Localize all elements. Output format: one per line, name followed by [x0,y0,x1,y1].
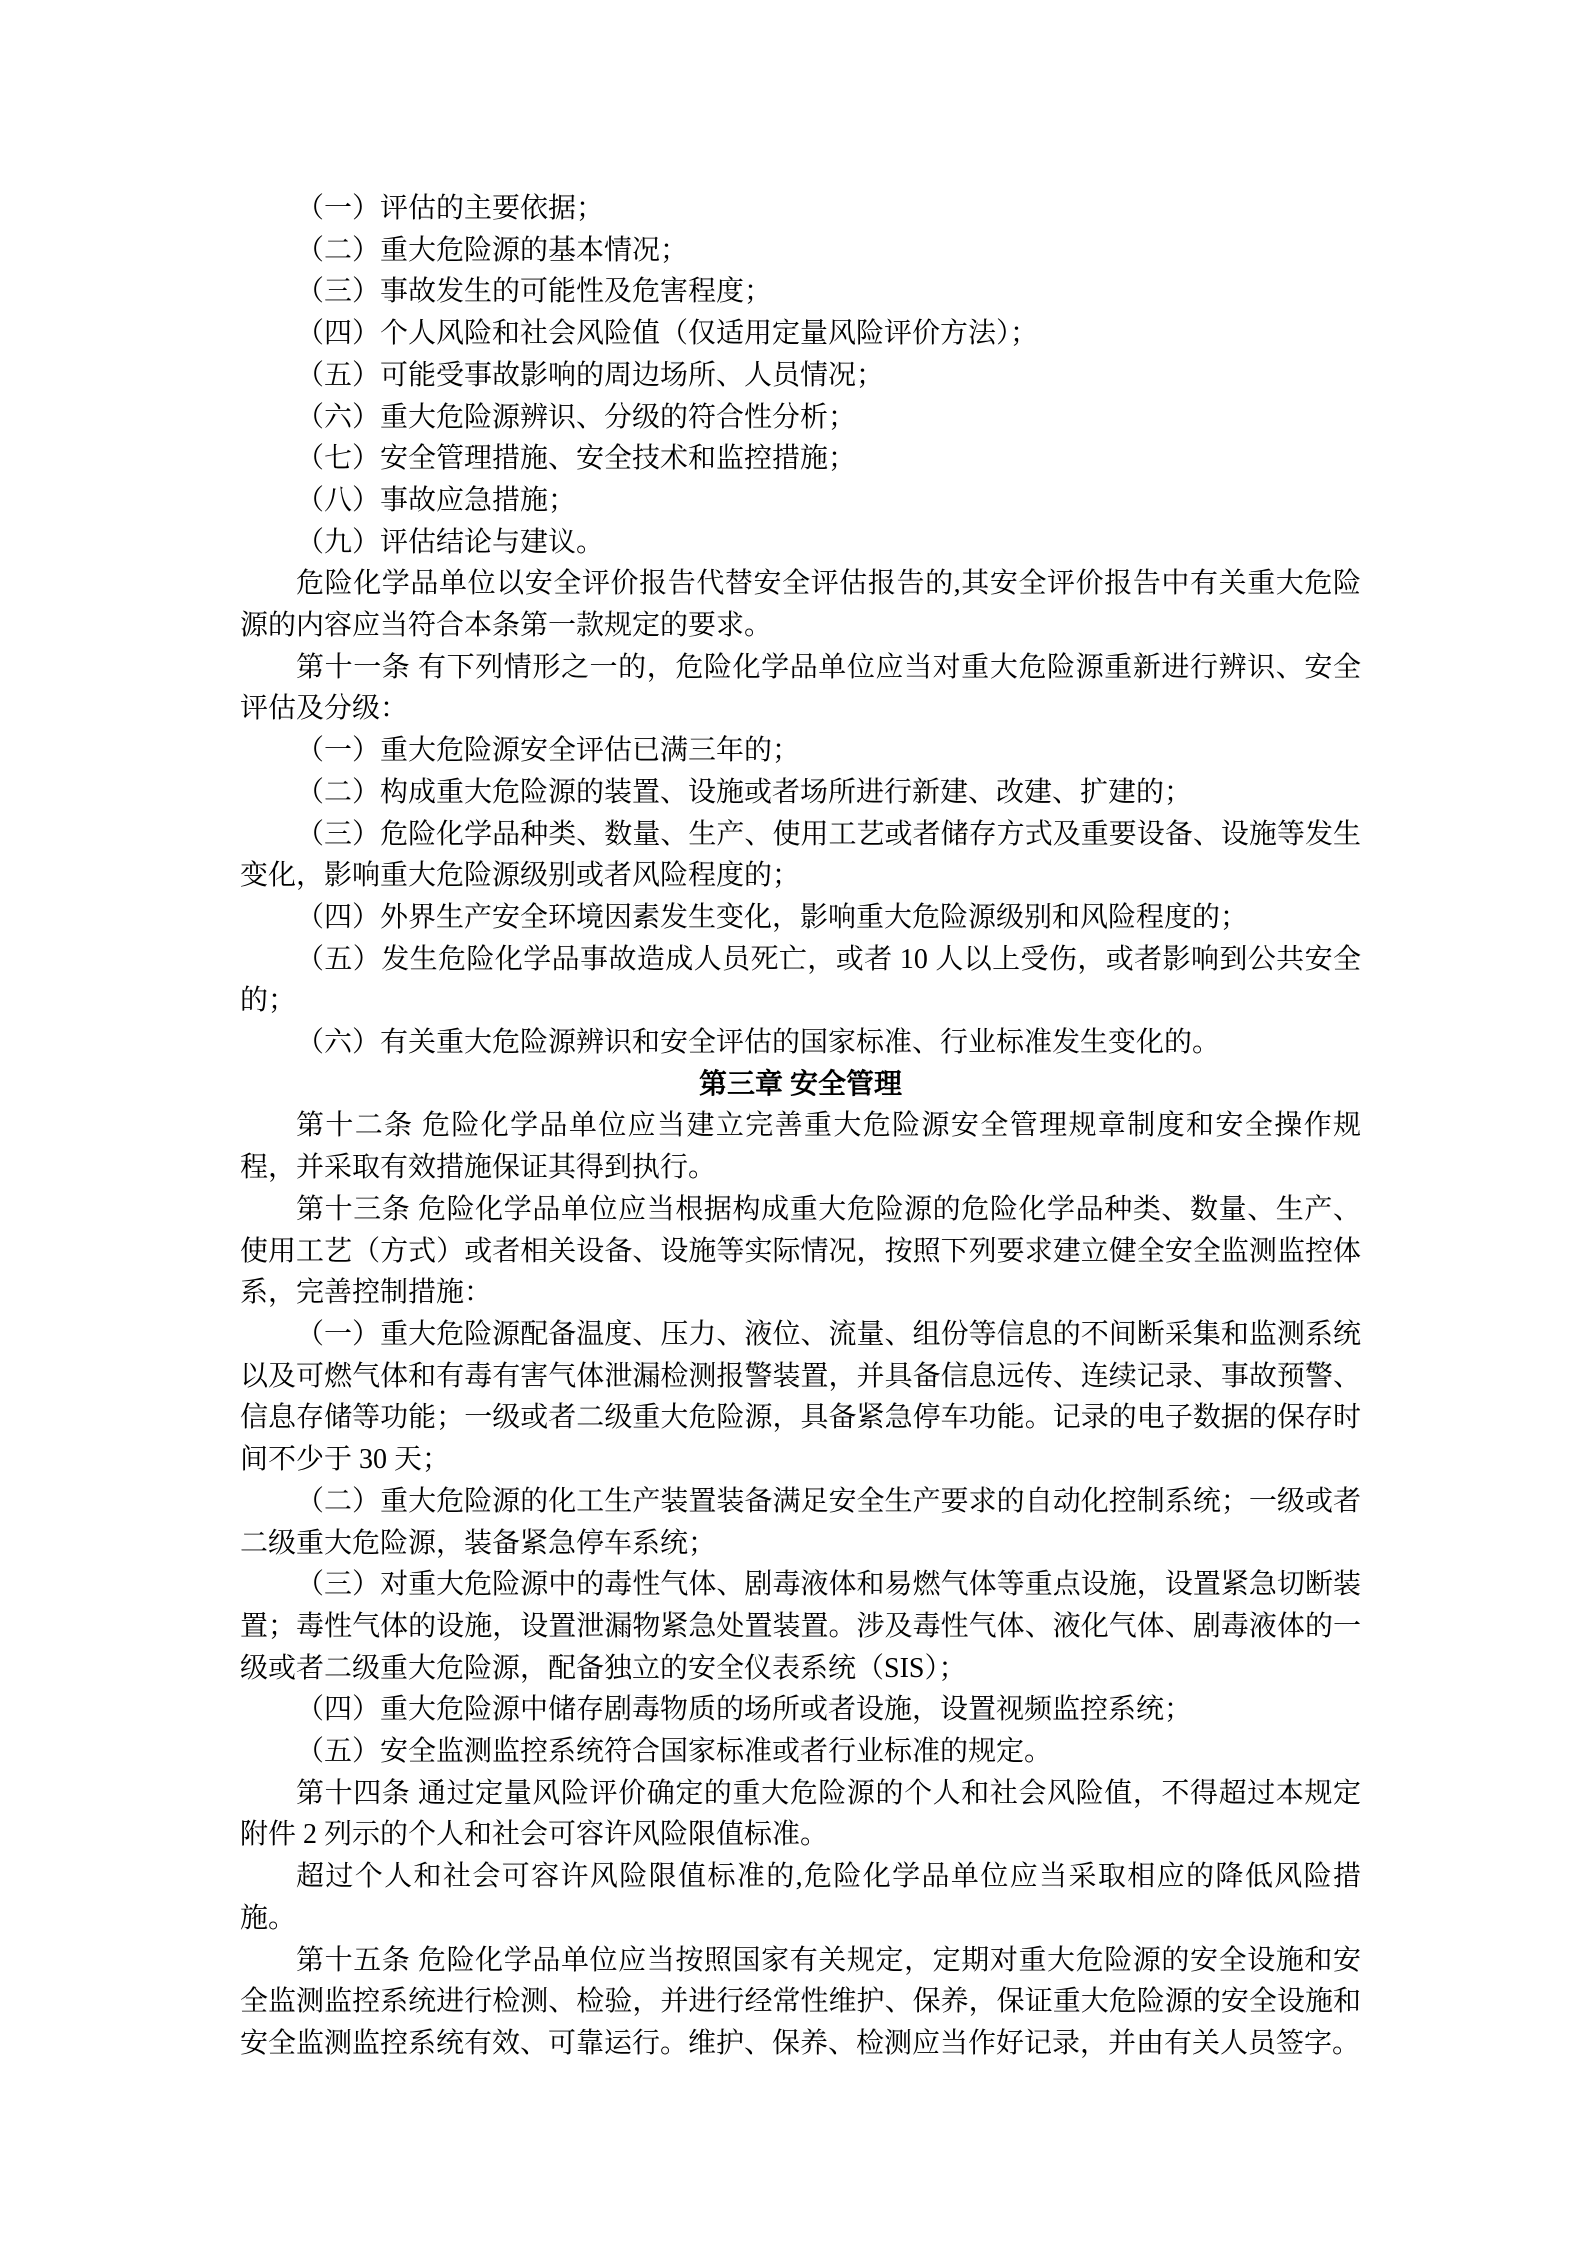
list-item: （五）可能受事故影响的周边场所、人员情况； [240,355,1361,397]
list-item: （一）重大危险源配备温度、压力、液位、流量、组份等信息的不间断采集和监测系统以及… [240,1314,1361,1481]
document-page: （一）评估的主要依据； （二）重大危险源的基本情况； （三）事故发生的可能性及危… [0,0,1587,2245]
list-item: （九）评估结论与建议。 [240,522,1361,564]
paragraph: 超过个人和社会可容许风险限值标准的,危险化学品单位应当采取相应的降低风险措施。 [240,1856,1361,1939]
list-item: （三）危险化学品种类、数量、生产、使用工艺或者储存方式及重要设备、设施等发生变化… [240,814,1361,897]
chapter-heading: 第三章 安全管理 [240,1064,1361,1106]
list-item: （八）事故应急措施； [240,480,1361,522]
article-paragraph: 第十五条 危险化学品单位应当按照国家有关规定，定期对重大危险源的安全设施和安全监… [240,1940,1361,2065]
list-item: （四）重大危险源中储存剧毒物质的场所或者设施，设置视频监控系统； [240,1689,1361,1731]
list-item: （三）事故发生的可能性及危害程度； [240,271,1361,313]
list-item: （七）安全管理措施、安全技术和监控措施； [240,438,1361,480]
article-paragraph: 第十三条 危险化学品单位应当根据构成重大危险源的危险化学品种类、数量、生产、使用… [240,1189,1361,1314]
list-item: （四）外界生产安全环境因素发生变化，影响重大危险源级别和风险程度的； [240,897,1361,939]
list-item: （二）重大危险源的化工生产装置装备满足安全生产要求的自动化控制系统；一级或者二级… [240,1481,1361,1564]
document-content: （一）评估的主要依据； （二）重大危险源的基本情况； （三）事故发生的可能性及危… [240,188,1361,2065]
list-item: （六）有关重大危险源辨识和安全评估的国家标准、行业标准发生变化的。 [240,1022,1361,1064]
list-item: （二）重大危险源的基本情况； [240,230,1361,272]
list-item: （三）对重大危险源中的毒性气体、剧毒液体和易燃气体等重点设施，设置紧急切断装置；… [240,1564,1361,1689]
article-paragraph: 第十二条 危险化学品单位应当建立完善重大危险源安全管理规章制度和安全操作规程，并… [240,1105,1361,1188]
list-item: （一）重大危险源安全评估已满三年的； [240,730,1361,772]
list-item: （六）重大危险源辨识、分级的符合性分析； [240,397,1361,439]
article-paragraph: 第十四条 通过定量风险评价确定的重大危险源的个人和社会风险值，不得超过本规定附件… [240,1773,1361,1856]
list-item: （五）发生危险化学品事故造成人员死亡，或者 10 人以上受伤，或者影响到公共安全… [240,939,1361,1022]
list-item: （一）评估的主要依据； [240,188,1361,230]
article-paragraph: 第十一条 有下列情形之一的，危险化学品单位应当对重大危险源重新进行辨识、安全评估… [240,647,1361,730]
list-item: （四）个人风险和社会风险值（仅适用定量风险评价方法）； [240,313,1361,355]
list-item: （二）构成重大危险源的装置、设施或者场所进行新建、改建、扩建的； [240,772,1361,814]
list-item: （五）安全监测监控系统符合国家标准或者行业标准的规定。 [240,1731,1361,1773]
paragraph: 危险化学品单位以安全评价报告代替安全评估报告的,其安全评价报告中有关重大危险源的… [240,563,1361,646]
